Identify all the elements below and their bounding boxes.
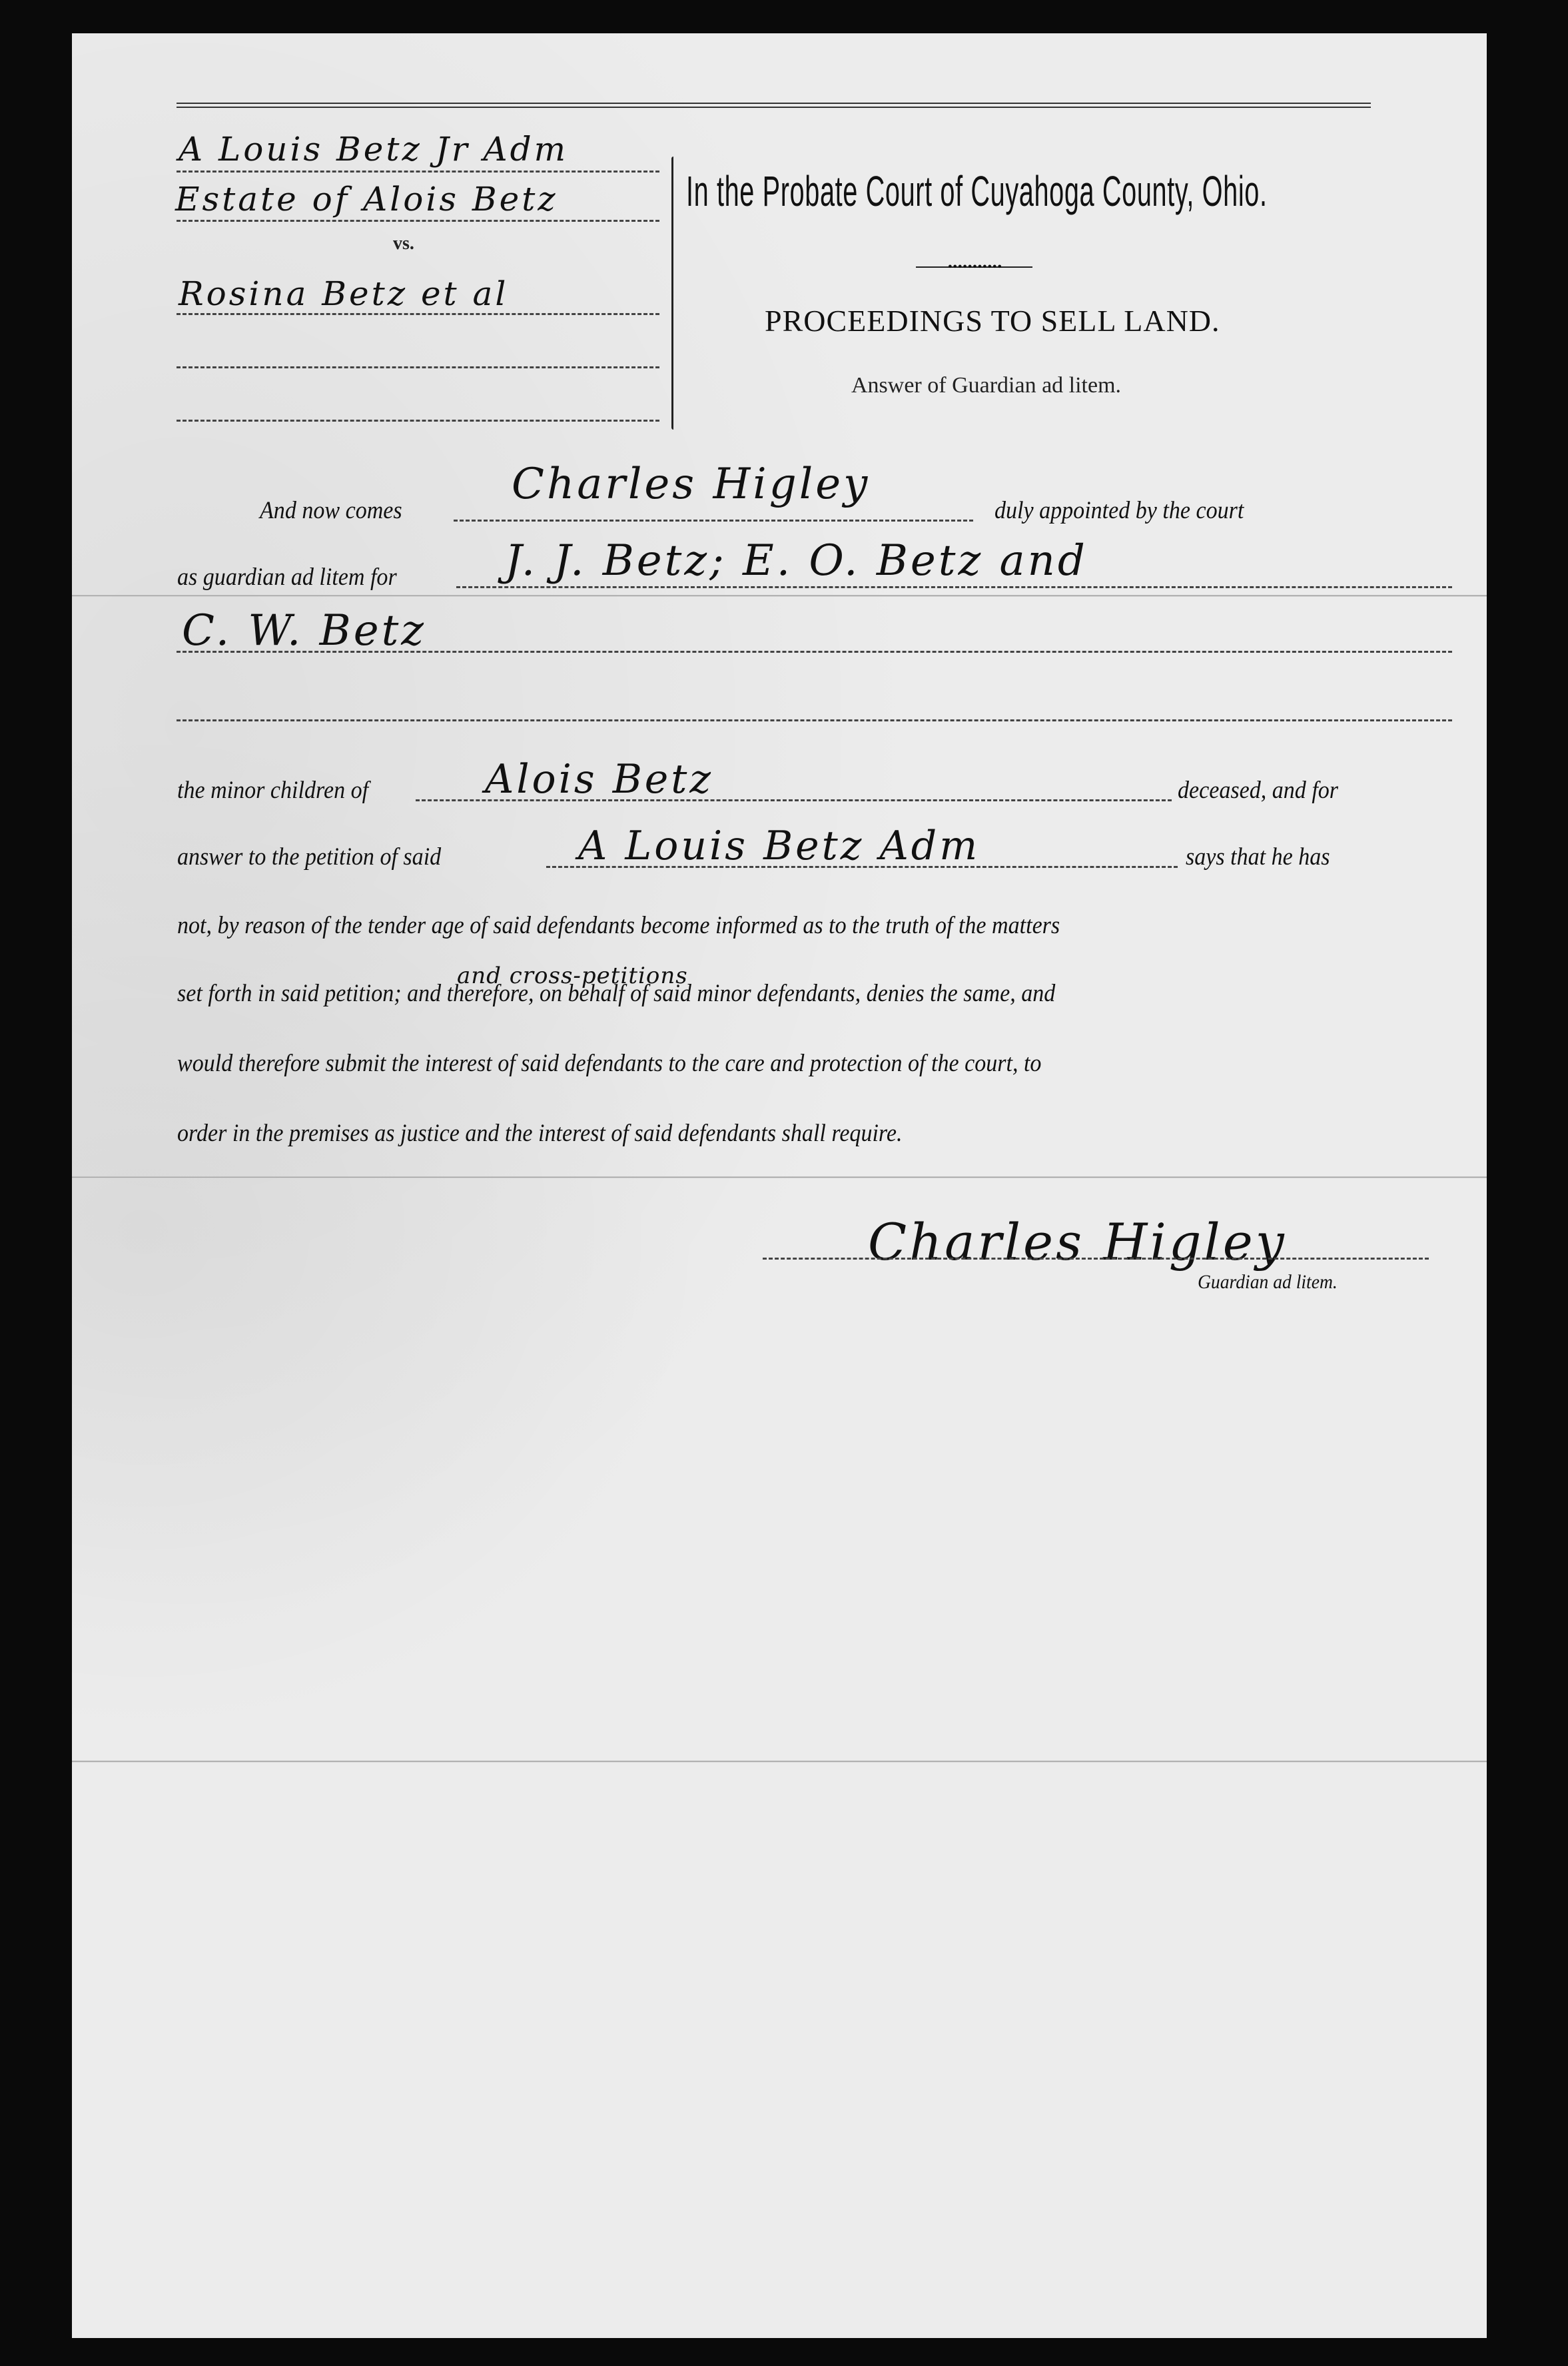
caption-brace (671, 157, 673, 430)
body-text: order in the premises as justice and the… (177, 1119, 903, 1148)
court-title: In the Probate Court of Cuyahoga County,… (686, 167, 1268, 216)
wards-field-2: C. W. Betz (182, 606, 426, 655)
caption-line (177, 171, 659, 173)
body-text: not, by reason of the tender age of said… (177, 911, 1060, 940)
guardian-signature: Charles Higley (868, 1212, 1287, 1272)
ornamental-rule: ••••••••••• (916, 266, 1032, 268)
signature-title: Guardian ad litem. (1198, 1271, 1338, 1294)
caption-line (177, 366, 659, 368)
caption-line (177, 220, 659, 222)
caption-line (177, 420, 659, 422)
document-page: A Louis Betz Jr Adm Estate of Alois Betz… (72, 33, 1487, 2338)
body-text: the minor children of (177, 776, 368, 805)
body-text: would therefore submit the interest of s… (177, 1049, 1041, 1078)
fill-line (456, 586, 1452, 588)
signature-line (763, 1258, 1429, 1260)
caption-line (177, 313, 659, 315)
body-text: set forth in said petition; and therefor… (177, 979, 1055, 1008)
body-text: as guardian ad litem for (177, 563, 397, 591)
plaintiff-line-1: A Louis Betz Jr Adm (179, 130, 568, 169)
fold-line (72, 1176, 1487, 1178)
form-title: Answer of Guardian ad litem. (851, 373, 1121, 398)
fill-line (177, 719, 1452, 721)
body-text: answer to the petition of said (177, 843, 441, 871)
body-text: And now comes (260, 496, 402, 525)
body-text: says that he has (1186, 843, 1330, 871)
proceeding-title: PROCEEDINGS TO SELL LAND. (765, 303, 1220, 338)
fold-line (72, 1761, 1487, 1763)
ornament-dots: ••••••••••• (947, 263, 1002, 271)
versus-label: vs. (393, 233, 414, 254)
wards-field-1: J. J. Betz; E. O. Betz and (505, 536, 1088, 586)
body-text: deceased, and for (1178, 776, 1338, 805)
body-text: duly appointed by the court (994, 496, 1244, 525)
top-rule (177, 103, 1371, 108)
guardian-name-field: Charles Higley (512, 460, 870, 509)
plaintiff-line-2: Estate of Alois Betz (175, 180, 558, 218)
fold-line (72, 595, 1487, 597)
fill-line (454, 520, 973, 522)
defendant-line-1: Rosina Betz et al (179, 274, 508, 313)
deceased-name-field: Alois Betz (485, 756, 713, 803)
petitioner-name-field: A Louis Betz Adm (578, 823, 980, 869)
